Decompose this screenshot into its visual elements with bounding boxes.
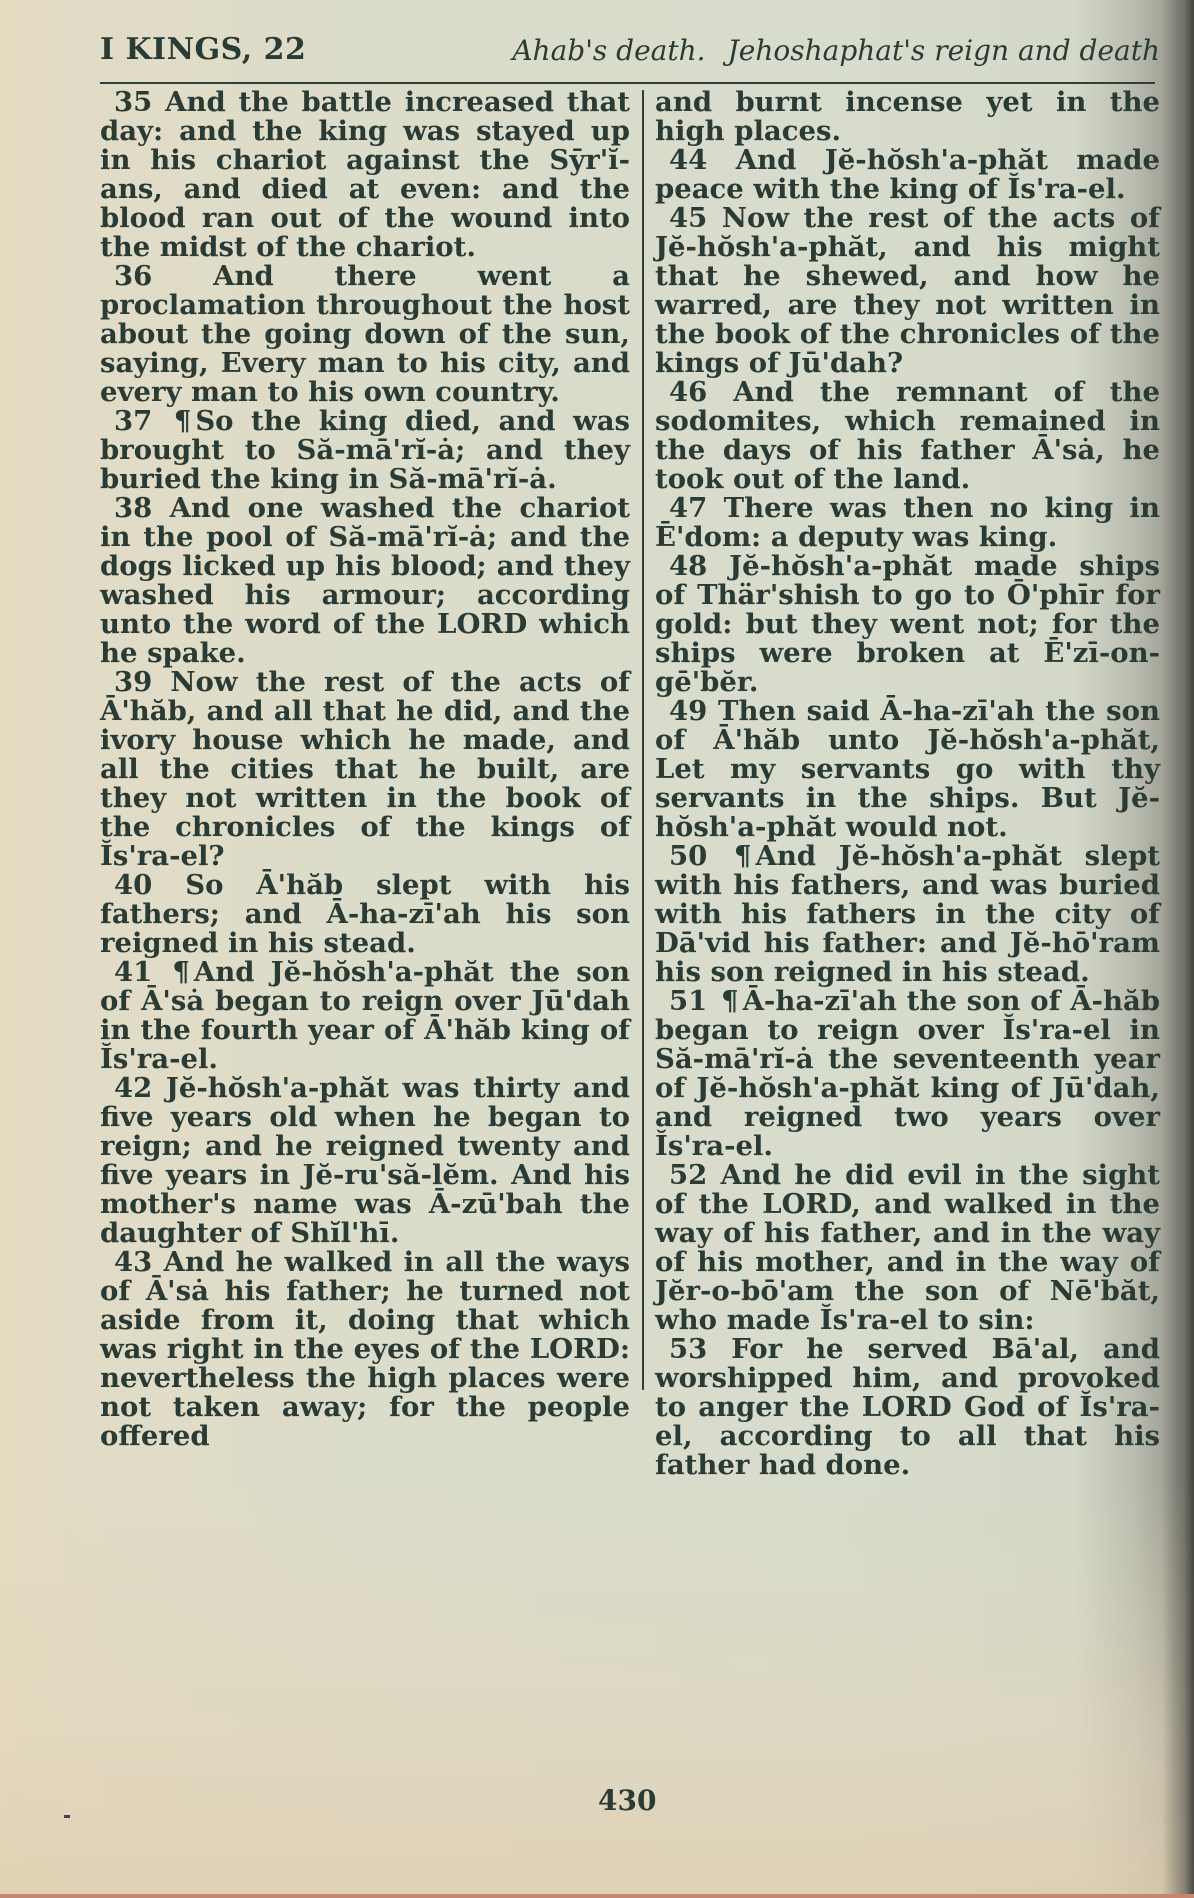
verse: 41 ¶And Jĕ-hŏsh'a-phăt the son of Ā'sȧ b… <box>100 958 630 1074</box>
pilcrow-icon: ¶ <box>174 405 192 437</box>
verse-text: And he walked in all the ways of Ā'sȧ hi… <box>100 1246 630 1452</box>
verse-number: 39 <box>114 666 152 698</box>
verse: 48 Jĕ-hŏsh'a-phăt made ships of Thär'shi… <box>655 552 1160 697</box>
verse-number: 51 <box>669 985 707 1017</box>
running-title-1: Ahab's death. <box>512 34 705 67</box>
verse-text: There was then no king in Ē'dom: a deput… <box>655 492 1160 553</box>
verse-text: And one washed the chariot in the pool o… <box>100 492 630 669</box>
verse: 47 There was then no king in Ē'dom: a de… <box>655 494 1160 552</box>
pilcrow-icon: ¶ <box>721 985 739 1017</box>
verse: 42 Jĕ-hŏsh'a-phăt was thirty and five ye… <box>100 1074 630 1248</box>
verse-number: 49 <box>669 695 707 727</box>
verse: 53 For he served Bā'al, and worshipped h… <box>655 1335 1160 1480</box>
verse-text: Jĕ-hŏsh'a-phăt was thirty and five years… <box>100 1072 630 1249</box>
verse-number: 37 <box>114 405 152 437</box>
verse-text: Then said Ā-ha-zī'ah the son of Ā'hăb un… <box>655 695 1160 843</box>
verse-text: And he did evil in the sight of the LORD… <box>655 1159 1160 1336</box>
verse-number: 42 <box>114 1072 152 1104</box>
right-column: and burnt incense yet in the high places… <box>655 88 1160 1480</box>
verse: 50 ¶And Jĕ-hŏsh'a-phăt slept with his fa… <box>655 842 1160 987</box>
verse-number: 48 <box>669 550 707 582</box>
book-chapter: I KINGS, 22 <box>100 32 306 67</box>
running-header: I KINGS, 22 Ahab's death.Jehoshaphat's r… <box>100 26 1160 76</box>
spine-shadow <box>1162 0 1194 1898</box>
pilcrow-icon: ¶ <box>172 956 190 988</box>
verse-number: 46 <box>669 376 707 408</box>
verse-text: And there went a proclamation throughout… <box>100 260 630 408</box>
verse-text: And the remnant of the sodomites, which … <box>655 376 1160 495</box>
verse-text: And Jĕ-hŏsh'a-phăt made peace with the k… <box>655 144 1160 205</box>
verse: 38 And one washed the chariot in the poo… <box>100 494 630 668</box>
verse-number: 36 <box>114 260 152 292</box>
page-number: 430 <box>598 1784 656 1817</box>
verse: 45 Now the rest of the acts of Jĕ-hŏsh'a… <box>655 204 1160 378</box>
verse: 46 And the remnant of the sodomites, whi… <box>655 378 1160 494</box>
verse: 36 And there went a proclamation through… <box>100 262 630 407</box>
verse-number: 43 <box>114 1246 152 1278</box>
verse: 37 ¶So the king died, and was brought to… <box>100 407 630 494</box>
verse-number: 47 <box>669 492 707 524</box>
column-divider <box>642 90 644 1390</box>
verse-text: So Ā'hăb slept with his fathers; and Ā-h… <box>100 869 630 959</box>
verse-text: and burnt incense yet in the high places… <box>655 86 1160 147</box>
verse-number: 44 <box>669 144 707 176</box>
verse: 52 And he did evil in the sight of the L… <box>655 1161 1160 1335</box>
running-title-2: Jehoshaphat's reign and death <box>728 34 1160 67</box>
verse-text: Jĕ-hŏsh'a-phăt made ships of Thär'shish … <box>655 550 1160 698</box>
verse: 39 Now the rest of the acts of Ā'hăb, an… <box>100 668 630 871</box>
left-column: 35 And the battle increased that day: an… <box>100 88 630 1451</box>
verse-text: And the battle increased that day: and t… <box>100 86 630 263</box>
verse: 44 And Jĕ-hŏsh'a-phăt made peace with th… <box>655 146 1160 204</box>
verse-number: 38 <box>114 492 152 524</box>
verse: 51 ¶Ā-ha-zī'ah the son of Ā-hăb began to… <box>655 987 1160 1161</box>
verse-number: 52 <box>669 1159 707 1191</box>
verse-number: 35 <box>114 86 152 118</box>
verse-text: And Jĕ-hŏsh'a-phăt slept with his father… <box>655 840 1160 988</box>
verse-number: 45 <box>669 202 707 234</box>
verse-number: 50 <box>669 840 707 872</box>
verse: 40 So Ā'hăb slept with his fathers; and … <box>100 871 630 958</box>
verse: 43 And he walked in all the ways of Ā'sȧ… <box>100 1248 630 1451</box>
page-edge <box>0 1894 1194 1898</box>
verse-text: For he served Bā'al, and worshipped him,… <box>655 1333 1160 1481</box>
print-speck <box>64 1815 70 1818</box>
verse-number: 53 <box>669 1333 707 1365</box>
verse: 35 And the battle increased that day: an… <box>100 88 630 262</box>
header-rule <box>100 82 1155 84</box>
verse-text: Now the rest of the acts of Ā'hăb, and a… <box>100 666 630 872</box>
verse-text: Now the rest of the acts of Jĕ-hŏsh'a-ph… <box>655 202 1160 379</box>
paper-tint <box>0 1478 1194 1898</box>
verse: 49 Then said Ā-ha-zī'ah the son of Ā'hăb… <box>655 697 1160 842</box>
verse: and burnt incense yet in the high places… <box>655 88 1160 146</box>
running-title: Ahab's death.Jehoshaphat's reign and dea… <box>512 34 1160 67</box>
verse-number: 41 <box>114 956 152 988</box>
pilcrow-icon: ¶ <box>734 840 752 872</box>
verse-number: 40 <box>114 869 152 901</box>
